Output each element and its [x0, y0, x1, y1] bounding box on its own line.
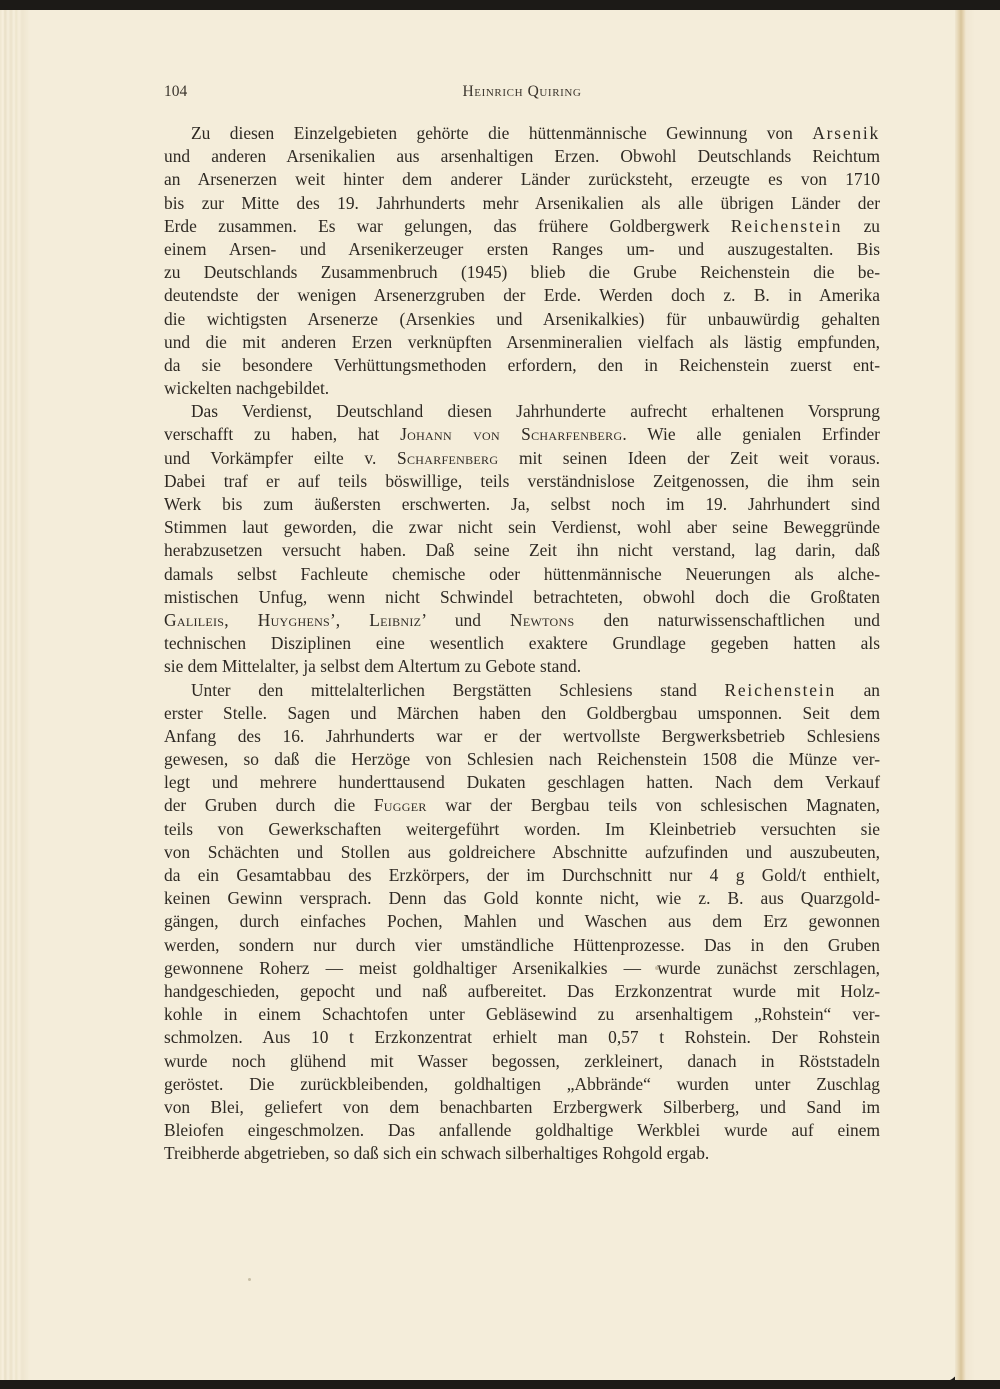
text-line: teils von Gewerkschaften weitergeführt w…	[164, 818, 880, 841]
page-stack-edge-left	[0, 10, 30, 1380]
text-line: werden, sondern nur durch vier umständli…	[164, 934, 880, 957]
text-line: gängen, durch einfaches Pochen, Mahlen u…	[164, 910, 880, 933]
text-line: da sie besondere Verhüttungsmethoden erf…	[164, 354, 880, 377]
text-line: und anderen Arsenikalien aus arsenhaltig…	[164, 145, 880, 168]
text-line: Unter den mittelalterlichen Bergstätten …	[164, 679, 880, 702]
text-line: wurde noch glühend mit Wasser begossen, …	[164, 1050, 880, 1073]
text-line: kohle in einem Schachtofen unter Gebläse…	[164, 1003, 880, 1026]
text-line: einem Arsen- und Arsenikerzeuger ersten …	[164, 238, 880, 261]
text-line: erster Stelle. Sagen und Märchen haben d…	[164, 702, 880, 725]
text-line: legt und mehrere hunderttausend Dukaten …	[164, 771, 880, 794]
text-line: Galileis, Huyghens’, Leibniz’ und Newton…	[164, 609, 880, 632]
book-gutter-right	[955, 10, 1000, 1389]
person-name: Leibniz	[369, 610, 421, 630]
text-line: technischen Disziplinen eine wesentlich …	[164, 632, 880, 655]
text-line: Dabei traf er auf teils böswillige, teil…	[164, 470, 880, 493]
paragraph: Unter den mittelalterlichen Bergstätten …	[164, 679, 880, 1166]
running-title: Heinrich Quiring	[164, 83, 880, 101]
text-line: die wichtigsten Arsenerze (Arsenkies und…	[164, 308, 880, 331]
text-line: damals selbst Fachleute chemische oder h…	[164, 563, 880, 586]
text-line: bis zur Mitte des 19. Jahrhunderts mehr …	[164, 192, 880, 215]
text-line: da ein Gesamtabbau des Erzkörpers, der i…	[164, 864, 880, 887]
person-name: Scharfenberg	[397, 448, 498, 468]
body-text: Zu diesen Einzelgebieten gehörte die hüt…	[164, 122, 880, 1165]
text-line: Anfang des 16. Jahrhunderts war er der w…	[164, 725, 880, 748]
paragraph: Das Verdienst, Deutschland diesen Jahrhu…	[164, 400, 880, 678]
text-line: handgeschieden, gepocht und naß aufberei…	[164, 980, 880, 1003]
spaced-emphasis: Arsenik	[812, 123, 880, 143]
text-line: keinen Gewinn versprach. Denn das Gold k…	[164, 887, 880, 910]
text-line: Bleiofen eingeschmolzen. Das anfallende …	[164, 1119, 880, 1142]
scan-border-bottom	[0, 1380, 1000, 1389]
person-name: Johann von Scharfenberg	[400, 424, 622, 444]
text-line: Erde zusammen. Es war gelungen, das früh…	[164, 215, 880, 238]
text-line: Werk bis zum äußersten erschwerten. Ja, …	[164, 493, 880, 516]
text-line: von Schächten und Stollen aus goldreiche…	[164, 841, 880, 864]
text-line: Stimmen laut geworden, die zwar nicht se…	[164, 516, 880, 539]
text-line: Zu diesen Einzelgebieten gehörte die hüt…	[164, 122, 880, 145]
paper-speck	[655, 966, 659, 970]
text-line: deutendste der wenigen Arsenerzgruben de…	[164, 284, 880, 307]
text-line: gewesen, so daß die Herzöge von Schlesie…	[164, 748, 880, 771]
person-name: Newtons	[510, 610, 574, 630]
text-line: sie dem Mittelalter, ja selbst dem Alter…	[164, 655, 880, 678]
text-line: und die mit anderen Erzen verknüpften Ar…	[164, 331, 880, 354]
text-line: und Vorkämpfer eilte v. Scharfenberg mit…	[164, 447, 880, 470]
text-line: wickelten nachgebildet.	[164, 377, 880, 400]
text-line: mistischen Unfug, wenn nicht Schwindel b…	[164, 586, 880, 609]
text-line: Das Verdienst, Deutschland diesen Jahrhu…	[164, 400, 880, 423]
person-name: Fugger	[374, 795, 427, 815]
text-line: zu Deutschlands Zusammenbruch (1945) bli…	[164, 261, 880, 284]
text-line: an Arsenerzen weit hinter dem anderer Lä…	[164, 168, 880, 191]
paragraph: Zu diesen Einzelgebieten gehörte die hüt…	[164, 122, 880, 400]
text-line: verschafft zu haben, hat Johann von Scha…	[164, 423, 880, 446]
text-line: von Blei, geliefert von dem benachbarten…	[164, 1096, 880, 1119]
text-line: gewonnene Roherz — meist goldhaltiger Ar…	[164, 957, 880, 980]
text-line: schmolzen. Aus 10 t Erzkonzentrat erhiel…	[164, 1026, 880, 1049]
paper-speck	[248, 1278, 251, 1281]
text-line: der Gruben durch die Fugger war der Berg…	[164, 794, 880, 817]
spaced-emphasis: Reichenstein	[731, 216, 842, 236]
text-line: herabzusetzen versucht haben. Daß seine …	[164, 539, 880, 562]
spaced-emphasis: Reichenstein	[725, 680, 836, 700]
text-line: geröstet. Die zurückbleibenden, goldhalt…	[164, 1073, 880, 1096]
person-name: Huyghens	[258, 610, 330, 630]
text-line: Treibherde abgetrieben, so daß sich ein …	[164, 1142, 880, 1165]
person-name: Galileis	[164, 610, 224, 630]
